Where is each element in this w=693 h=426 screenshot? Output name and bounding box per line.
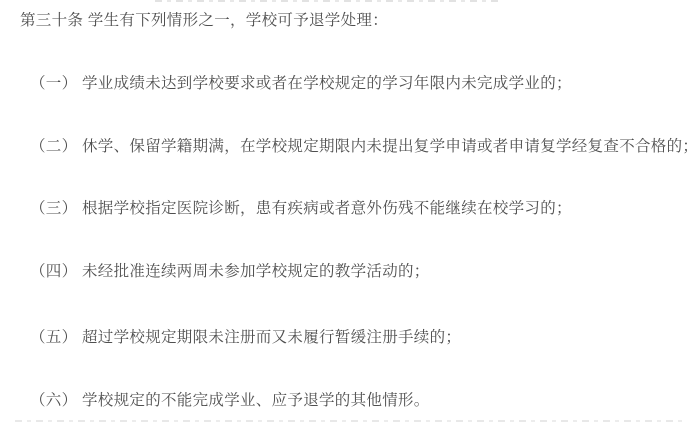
clause-item-2: （二） 休学、保留学籍期满，在学校规定期限内未提出复学申请或者申请复学经复查不合…	[30, 136, 693, 158]
clause-item-4: （四） 未经批准连续两周未参加学校规定的教学活动的；	[30, 261, 430, 283]
clipped-text-fragment-bottom	[15, 420, 687, 422]
clipped-text-fragment-top	[155, 0, 500, 2]
clause-item-5: （五） 超过学校规定期限未注册而又未履行暂缓注册手续的；	[30, 327, 461, 349]
article-heading: 第三十条 学生有下列情形之一，学校可予退学处理：	[20, 10, 388, 32]
clause-item-1: （一） 学业成绩未达到学校要求或者在学校规定的学习年限内未完成学业的；	[30, 73, 572, 95]
regulation-document: 第三十条 学生有下列情形之一，学校可予退学处理： （一） 学业成绩未达到学校要求…	[0, 0, 693, 426]
clause-item-3: （三） 根据学校指定医院诊断，患有疾病或者意外伤残不能继续在校学习的；	[30, 198, 572, 220]
clause-item-6: （六） 学校规定的不能完成学业、应予退学的其他情形。	[30, 390, 430, 412]
